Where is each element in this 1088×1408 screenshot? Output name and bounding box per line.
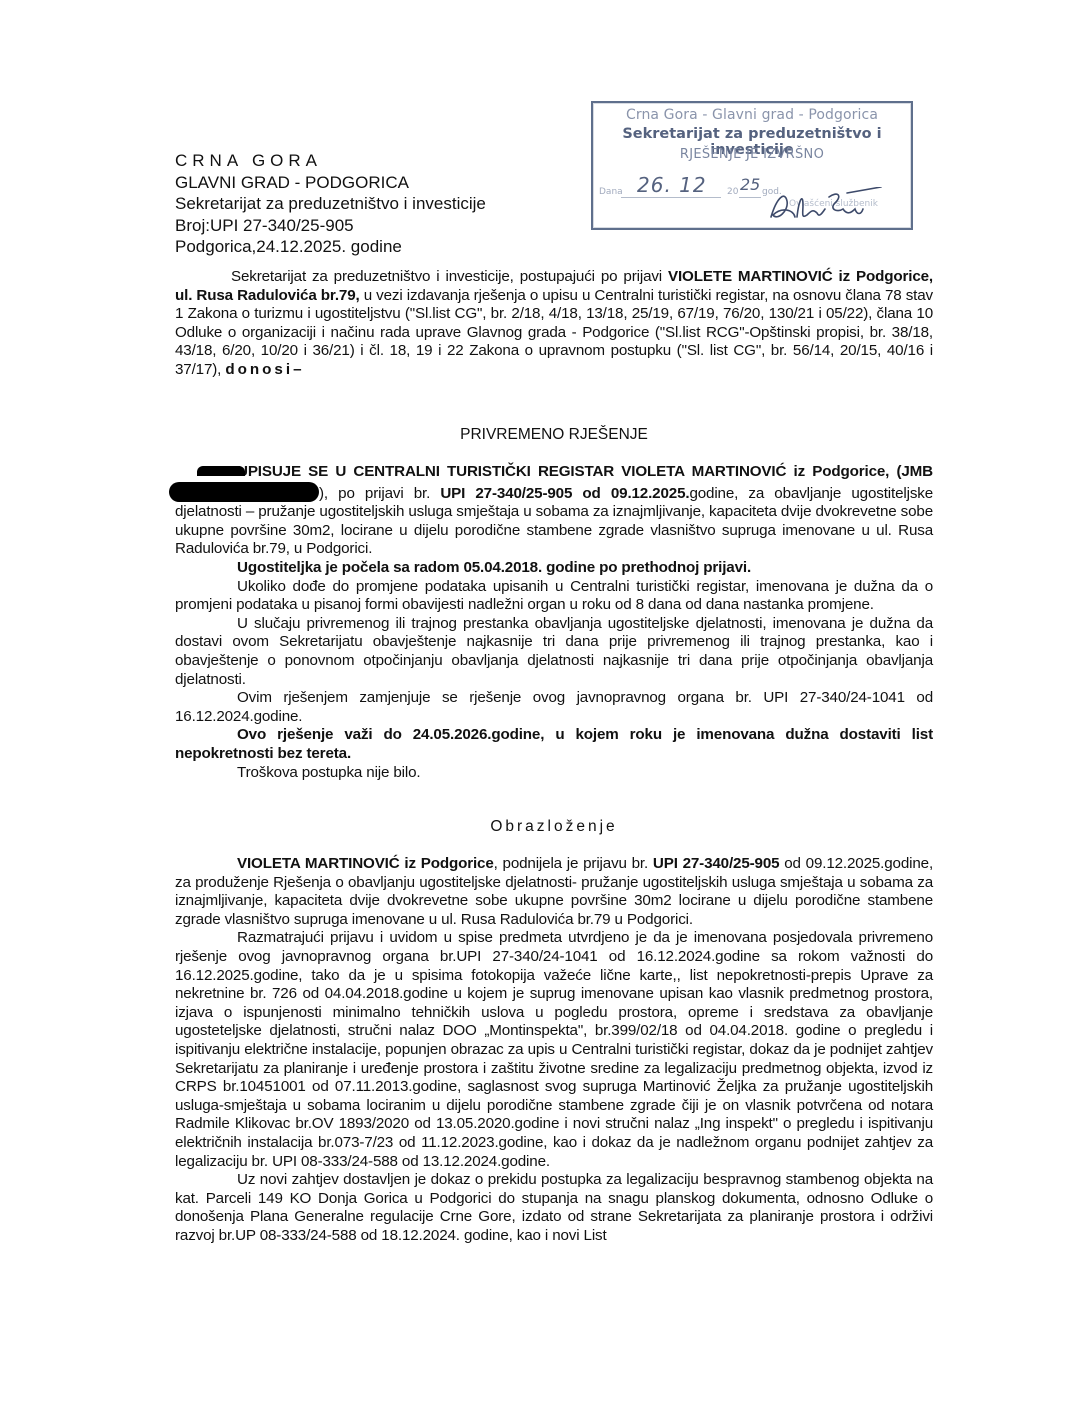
- decision-paragraph-start-date: Ugostiteljka je počela sa radom 05.04.20…: [175, 559, 933, 578]
- decision-text: ), po prijavi br.: [319, 485, 440, 502]
- reasoning-paragraph-2: Razmatrajući prijavu i uvidom u spise pr…: [175, 929, 933, 1171]
- reasoning-section: VIOLETA MARTINOVIĆ iz Podgorice, podnije…: [175, 855, 933, 1245]
- signature-icon: [763, 187, 883, 225]
- header-place-date: Podgorica,24.12.2025. godine: [175, 236, 486, 258]
- reasoning-text: , podnijela je prijavu br.: [494, 855, 653, 872]
- header-city: GLAVNI GRAD - PODGORICA: [175, 172, 486, 194]
- decision-upi: UPI 27-340/25-905 od 09.12.2025.: [440, 485, 689, 502]
- intro-text-1: Sekretarijat za preduzetništvo i investi…: [231, 268, 668, 285]
- stamp-year-underline: [739, 197, 761, 198]
- intro-donosi: donosi–: [225, 361, 304, 378]
- header-office: Sekretarijat za preduzetništvo i investi…: [175, 193, 486, 215]
- stamp-authority: Crna Gora - Glavni grad - Podgorica: [593, 107, 911, 123]
- stamp-day-underline: [621, 197, 721, 198]
- header-case-number: Broj:UPI 27-340/25-905: [175, 215, 486, 237]
- decision-jmb-label: (JMB: [896, 463, 933, 480]
- reasoning-paragraph-1: VIOLETA MARTINOVIĆ iz Podgorice, podnije…: [175, 855, 933, 929]
- decision-registration: UPISUJE SE U CENTRALNI TURISTIČKI REGIST…: [237, 463, 889, 480]
- reasoning-upi: UPI 27-340/25-905: [653, 855, 780, 872]
- stamp-year-prefix: 20: [727, 187, 738, 197]
- execution-stamp: Crna Gora - Glavni grad - Podgorica Sekr…: [591, 101, 913, 230]
- redaction-block-top: [197, 466, 245, 476]
- decision-paragraph-change-notice: Ukoliko dođe do promjene podataka upisan…: [175, 578, 933, 615]
- decision-paragraph-validity: Ovo rješenje važi do 24.05.2026.godine, …: [175, 726, 933, 763]
- reasoning-title: Obrazloženje: [175, 818, 933, 836]
- stamp-year: 25: [740, 175, 760, 194]
- intro-section: Sekretarijat za preduzetništvo i investi…: [175, 268, 933, 380]
- stamp-dana-label: Dana: [599, 187, 623, 197]
- intro-paragraph: Sekretarijat za preduzetništvo i investi…: [175, 268, 933, 380]
- decision-paragraph-cessation: U slučaju privremenog ili trajnog presta…: [175, 615, 933, 689]
- document-page: Crna Gora - Glavni grad - Podgorica Sekr…: [0, 0, 1088, 1408]
- redaction-block: [169, 482, 319, 502]
- reasoning-paragraph-3: Uz novi zahtjev dostavljen je dokaz o pr…: [175, 1171, 933, 1245]
- decision-paragraph-1: UPISUJE SE U CENTRALNI TURISTIČKI REGIST…: [175, 463, 933, 559]
- decision-paragraph-replacement: Ovim rješenjem zamjenjuje se rješenje ov…: [175, 689, 933, 726]
- decision-section: UPISUJE SE U CENTRALNI TURISTIČKI REGIST…: [175, 463, 933, 782]
- decision-title: PRIVREMENO RJEŠENJE: [175, 426, 933, 444]
- decision-paragraph-costs: Troškova postupka nije bilo.: [175, 764, 933, 783]
- document-header: CRNA GORA GLAVNI GRAD - PODGORICA Sekret…: [175, 150, 486, 258]
- stamp-day-month: 26. 12: [637, 173, 707, 197]
- header-country: CRNA GORA: [175, 150, 486, 172]
- reasoning-applicant: VIOLETA MARTINOVIĆ iz Podgorice: [237, 855, 494, 872]
- stamp-status: RJEŠENJE JE IZVRŠNO: [593, 147, 911, 162]
